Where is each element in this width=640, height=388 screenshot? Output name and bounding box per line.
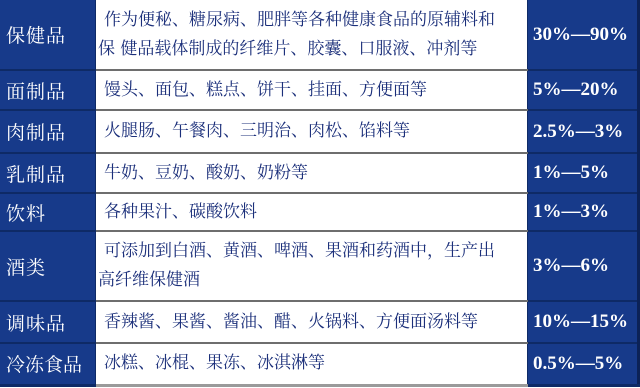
- table-row: 肉制品 火腿肠、午餐肉、三明治、肉松、馅料等 2.5%—3%: [0, 110, 639, 153]
- description-line: 作为便秘、糖尿病、肥胖等各种健康食品的原辅料和: [104, 6, 527, 35]
- rate-cell: 10%—15%: [528, 301, 639, 343]
- table-row: 乳制品 牛奶、豆奶、酸奶、奶粉等 1%—5%: [0, 153, 639, 193]
- category-cell: 保健品: [0, 0, 96, 70]
- description-cell: 作为便秘、糖尿病、肥胖等各种健康食品的原辅料和 保 健品载体制成的纤维片、胶囊、…: [96, 0, 528, 70]
- table-row: 饮料 各种果汁、碳酸饮料 1%—3%: [0, 193, 639, 231]
- description-line: 各种果汁、碳酸饮料: [104, 198, 527, 227]
- rate-cell: 1%—5%: [528, 153, 639, 193]
- description-cell: 冰糕、冰棍、果冻、冰淇淋等: [96, 343, 528, 385]
- description-line: 可添加到白酒、黄酒、啤酒、果酒和药酒中，生产出: [104, 237, 527, 266]
- fiber-application-table: 保健品 作为便秘、糖尿病、肥胖等各种健康食品的原辅料和 保 健品载体制成的纤维片…: [0, 0, 640, 387]
- category-cell: 酒类: [0, 231, 96, 301]
- description-line: 馒头、面包、糕点、饼干、挂面、方便面等: [104, 76, 527, 105]
- description-line: 保 健品载体制成的纤维片、胶囊、口服液、冲剂等: [98, 35, 527, 64]
- rate-cell: 30%—90%: [528, 0, 639, 70]
- description-cell: 馒头、面包、糕点、饼干、挂面、方便面等: [96, 70, 528, 110]
- description-cell: 各种果汁、碳酸饮料: [96, 193, 528, 231]
- rate-cell: 0.5%—5%: [528, 343, 639, 385]
- category-cell: 面制品: [0, 70, 96, 110]
- category-cell: 饮料: [0, 193, 96, 231]
- table-row: 酒类 可添加到白酒、黄酒、啤酒、果酒和药酒中，生产出 高纤维保健酒 3%—6%: [0, 231, 639, 301]
- description-cell: 可添加到白酒、黄酒、啤酒、果酒和药酒中，生产出 高纤维保健酒: [96, 231, 528, 301]
- category-cell: 乳制品: [0, 153, 96, 193]
- table-row: 冷冻食品 冰糕、冰棍、果冻、冰淇淋等 0.5%—5%: [0, 343, 639, 385]
- description-line: 火腿肠、午餐肉、三明治、肉松、馅料等: [104, 117, 527, 146]
- description-line: 香辣酱、果酱、酱油、醋、火锅料、方便面汤料等: [104, 308, 527, 337]
- category-cell: 肉制品: [0, 110, 96, 153]
- category-cell: 调味品: [0, 301, 96, 343]
- table-row: 面制品 馒头、面包、糕点、饼干、挂面、方便面等 5%—20%: [0, 70, 639, 110]
- table-row: 保健品 作为便秘、糖尿病、肥胖等各种健康食品的原辅料和 保 健品载体制成的纤维片…: [0, 0, 639, 70]
- description-cell: 火腿肠、午餐肉、三明治、肉松、馅料等: [96, 110, 528, 153]
- table-row: 调味品 香辣酱、果酱、酱油、醋、火锅料、方便面汤料等 10%—15%: [0, 301, 639, 343]
- description-line: 高纤维保健酒: [98, 266, 527, 295]
- rate-cell: 2.5%—3%: [528, 110, 639, 153]
- description-cell: 香辣酱、果酱、酱油、醋、火锅料、方便面汤料等: [96, 301, 528, 343]
- rate-cell: 5%—20%: [528, 70, 639, 110]
- rate-cell: 3%—6%: [528, 231, 639, 301]
- description-line: 冰糕、冰棍、果冻、冰淇淋等: [104, 349, 527, 378]
- category-cell: 冷冻食品: [0, 343, 96, 385]
- description-cell: 牛奶、豆奶、酸奶、奶粉等: [96, 153, 528, 193]
- rate-cell: 1%—3%: [528, 193, 639, 231]
- description-line: 牛奶、豆奶、酸奶、奶粉等: [104, 159, 527, 188]
